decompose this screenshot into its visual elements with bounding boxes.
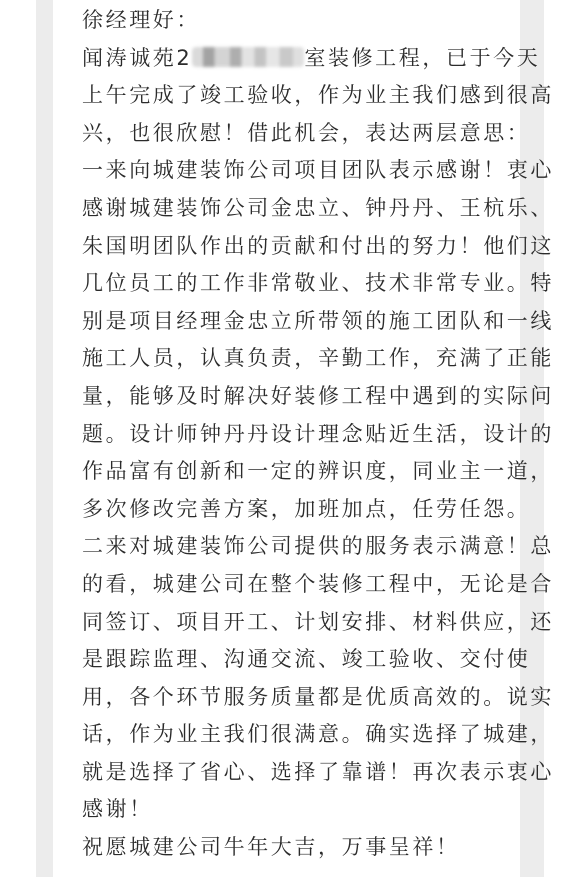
letter-text: 室装修工程，已于今天: [304, 46, 540, 70]
letter-line: 题。设计师钟丹丹设计理念贴近生活，设计的: [82, 416, 512, 454]
letter-line: 的看，城建公司在整个装修工程中，无论是合: [82, 566, 512, 604]
letter-line: 上午完成了竣工验收，作为业主我们感到很高: [82, 77, 512, 115]
letter-line: 二来对城建装饰公司提供的服务表示满意！总: [82, 528, 512, 566]
letter-line: 感谢！: [82, 791, 512, 829]
letter-line: 兴，也很欣慰！借此机会，表达两层意思：: [82, 115, 512, 153]
letter-body: 徐经理好： 闻涛诚苑2室装修工程，已于今天 上午完成了竣工验收，作为业主我们感到…: [82, 2, 512, 867]
letter-line: 就是选择了省心、选择了靠谱！再次表示衷心: [82, 754, 512, 792]
letter-greeting: 徐经理好：: [82, 2, 512, 40]
letter-line: 几位员工的工作非常敬业、技术非常专业。特: [82, 265, 512, 303]
letter-line: 多次修改完善方案，加班加点，任劳任怨。: [82, 491, 512, 529]
letter-line: 话，作为业主我们很满意。确实选择了城建，: [82, 716, 512, 754]
letter-line: 一来向城建装饰公司项目团队表示感谢！衷心: [82, 152, 512, 190]
letter-line: 是跟踪监理、沟通交流、竣工验收、交付使: [82, 641, 512, 679]
letter-line: 同签订、项目开工、计划安排、材料供应，还: [82, 604, 512, 642]
letter-line: 别是项目经理金忠立所带领的施工团队和一线: [82, 303, 512, 341]
letter-line: 量，能够及时解决好装修工程中遇到的实际问: [82, 378, 512, 416]
letter-closing: 祝愿城建公司牛年大吉，万事呈祥！: [82, 829, 512, 867]
redacted-address: [192, 47, 304, 67]
letter-line: 闻涛诚苑2室装修工程，已于今天: [82, 40, 512, 78]
letter-line: 朱国明团队作出的贡献和付出的努力！他们这: [82, 228, 512, 266]
letter-line: 感谢城建装饰公司金忠立、钟丹丹、王杭乐、: [82, 190, 512, 228]
letter-text: 闻涛诚苑2: [82, 46, 192, 70]
letter-line: 用，各个环节服务质量都是优质高效的。说实: [82, 679, 512, 717]
letter-line: 作品富有创新和一定的辨识度，同业主一道，: [82, 453, 512, 491]
letter-line: 施工人员，认真负责，辛勤工作，充满了正能: [82, 340, 512, 378]
